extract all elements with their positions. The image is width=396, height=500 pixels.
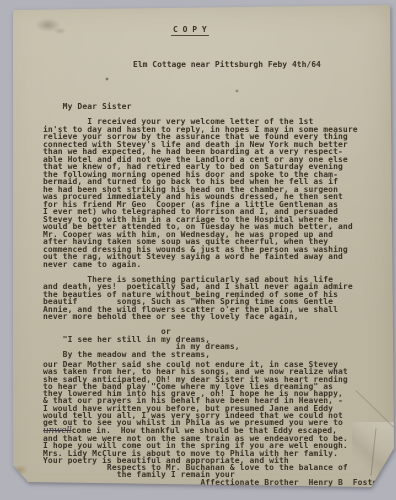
letter-line: never more behold thee or see thy lovely… — [43, 313, 358, 321]
letter-line: My Dear Sister — [43, 103, 358, 111]
letter-body-upper: My Dear Sister I received your very welc… — [43, 103, 358, 358]
letter-line: never came to again. — [43, 261, 358, 269]
copy-heading: C O P Y — [171, 25, 209, 36]
letter-paper: C O P Y Elm Cottage near Pittsburgh Feby… — [0, 0, 396, 500]
letter-paper-shadow: C O P Y Elm Cottage near Pittsburgh Feby… — [0, 0, 396, 500]
dateline: Elm Cottage near Pittsburgh Feby 4th/64 — [133, 60, 321, 69]
letter-line: By the meadow and the streams, — [43, 351, 358, 359]
scanned-letter-background: C O P Y Elm Cottage near Pittsburgh Feby… — [0, 0, 396, 500]
letter-body-lower: our Dear Mother said she could not endur… — [43, 361, 382, 486]
letter-line: Affectionate Brother Henry B Foster — [43, 479, 382, 486]
